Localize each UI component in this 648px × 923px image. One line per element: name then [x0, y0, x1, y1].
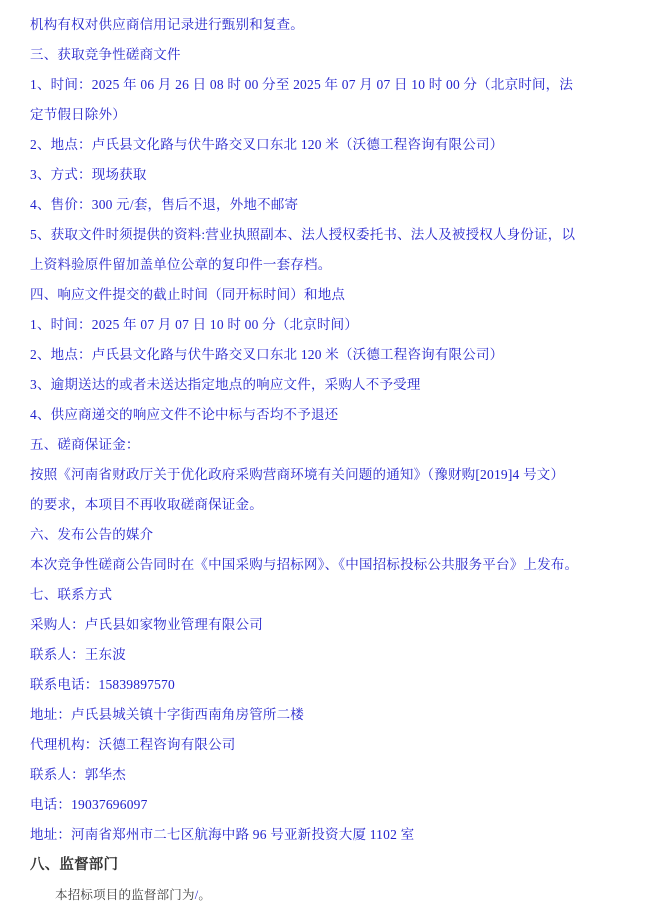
agency-line: 代理机构：沃德工程咨询有限公司 — [30, 730, 622, 760]
purchaser-contact-line: 联系人：王东波 — [30, 640, 622, 670]
supervision-department-line: 本招标项目的监督部门为/。 — [30, 880, 622, 910]
section-4-location-line: 2、地点：卢氏县文化路与伏牛路交叉口东北 120 米（沃德工程咨询有限公司） — [30, 340, 622, 370]
purchaser-line: 采购人：卢氏县如家物业管理有限公司 — [30, 610, 622, 640]
agency-phone-line: 电话：19037696097 — [30, 790, 622, 820]
section-3-location-line: 2、地点：卢氏县文化路与伏牛路交叉口东北 120 米（沃德工程咨询有限公司） — [30, 130, 622, 160]
section-7-heading: 七、联系方式 — [30, 580, 622, 610]
procurement-announcement-document: 机构有权对供应商信用记录进行甄别和复查。 三、获取竞争性磋商文件 1、时间：20… — [0, 0, 648, 923]
section-3-materials-line-1: 5、获取文件时须提供的资料:营业执照副本、法人授权委托书、法人及被授权人身份证，… — [30, 220, 622, 250]
supervision-prefix: 本招标项目的监督部门为 — [55, 888, 195, 902]
purchaser-address-line: 地址：卢氏县城关镇十字街西南角房管所二楼 — [30, 700, 622, 730]
section-6-media-line: 本次竞争性磋商公告同时在《中国采购与招标网》、《中国招标投标公共服务平台》上发布… — [30, 550, 622, 580]
section-3-time-line-1: 1、时间：2025 年 06 月 26 日 08 时 00 分至 2025 年 … — [30, 70, 622, 100]
section-3-price-line: 4、售价：300 元/套，售后不退，外地不邮寄 — [30, 190, 622, 220]
agency-contact-line: 联系人：郭华杰 — [30, 760, 622, 790]
section-5-policy-line-2: 的要求，本项目不再收取磋商保证金。 — [30, 490, 622, 520]
agency-address-line: 地址：河南省郑州市二七区航海中路 96 号亚新投资大厦 1102 室 — [30, 820, 622, 850]
section-6-heading: 六、发布公告的媒介 — [30, 520, 622, 550]
intro-continuation-line: 机构有权对供应商信用记录进行甄别和复查。 — [30, 10, 622, 40]
section-4-time-line: 1、时间：2025 年 07 月 07 日 10 时 00 分（北京时间） — [30, 310, 622, 340]
section-3-heading: 三、获取竞争性磋商文件 — [30, 40, 622, 70]
section-3-materials-line-2: 上资料验原件留加盖单位公章的复印件一套存档。 — [30, 250, 622, 280]
supervision-suffix: 。 — [198, 888, 211, 902]
purchaser-phone-line: 联系电话：15839897570 — [30, 670, 622, 700]
section-5-heading: 五、磋商保证金： — [30, 430, 622, 460]
section-4-late-delivery-line: 3、逾期送达的或者未送达指定地点的响应文件，采购人不予受理 — [30, 370, 622, 400]
section-5-policy-line-1: 按照《河南省财政厅关于优化政府采购营商环境有关问题的通知》（豫财购[2019]4… — [30, 460, 622, 490]
section-3-method-line: 3、方式：现场获取 — [30, 160, 622, 190]
section-4-heading: 四、响应文件提交的截止时间（同开标时间）和地点 — [30, 280, 622, 310]
section-4-no-return-line: 4、供应商递交的响应文件不论中标与否均不予退还 — [30, 400, 622, 430]
section-8-heading: 八、监督部门 — [30, 850, 622, 880]
section-3-time-line-2: 定节假日除外） — [30, 100, 622, 130]
